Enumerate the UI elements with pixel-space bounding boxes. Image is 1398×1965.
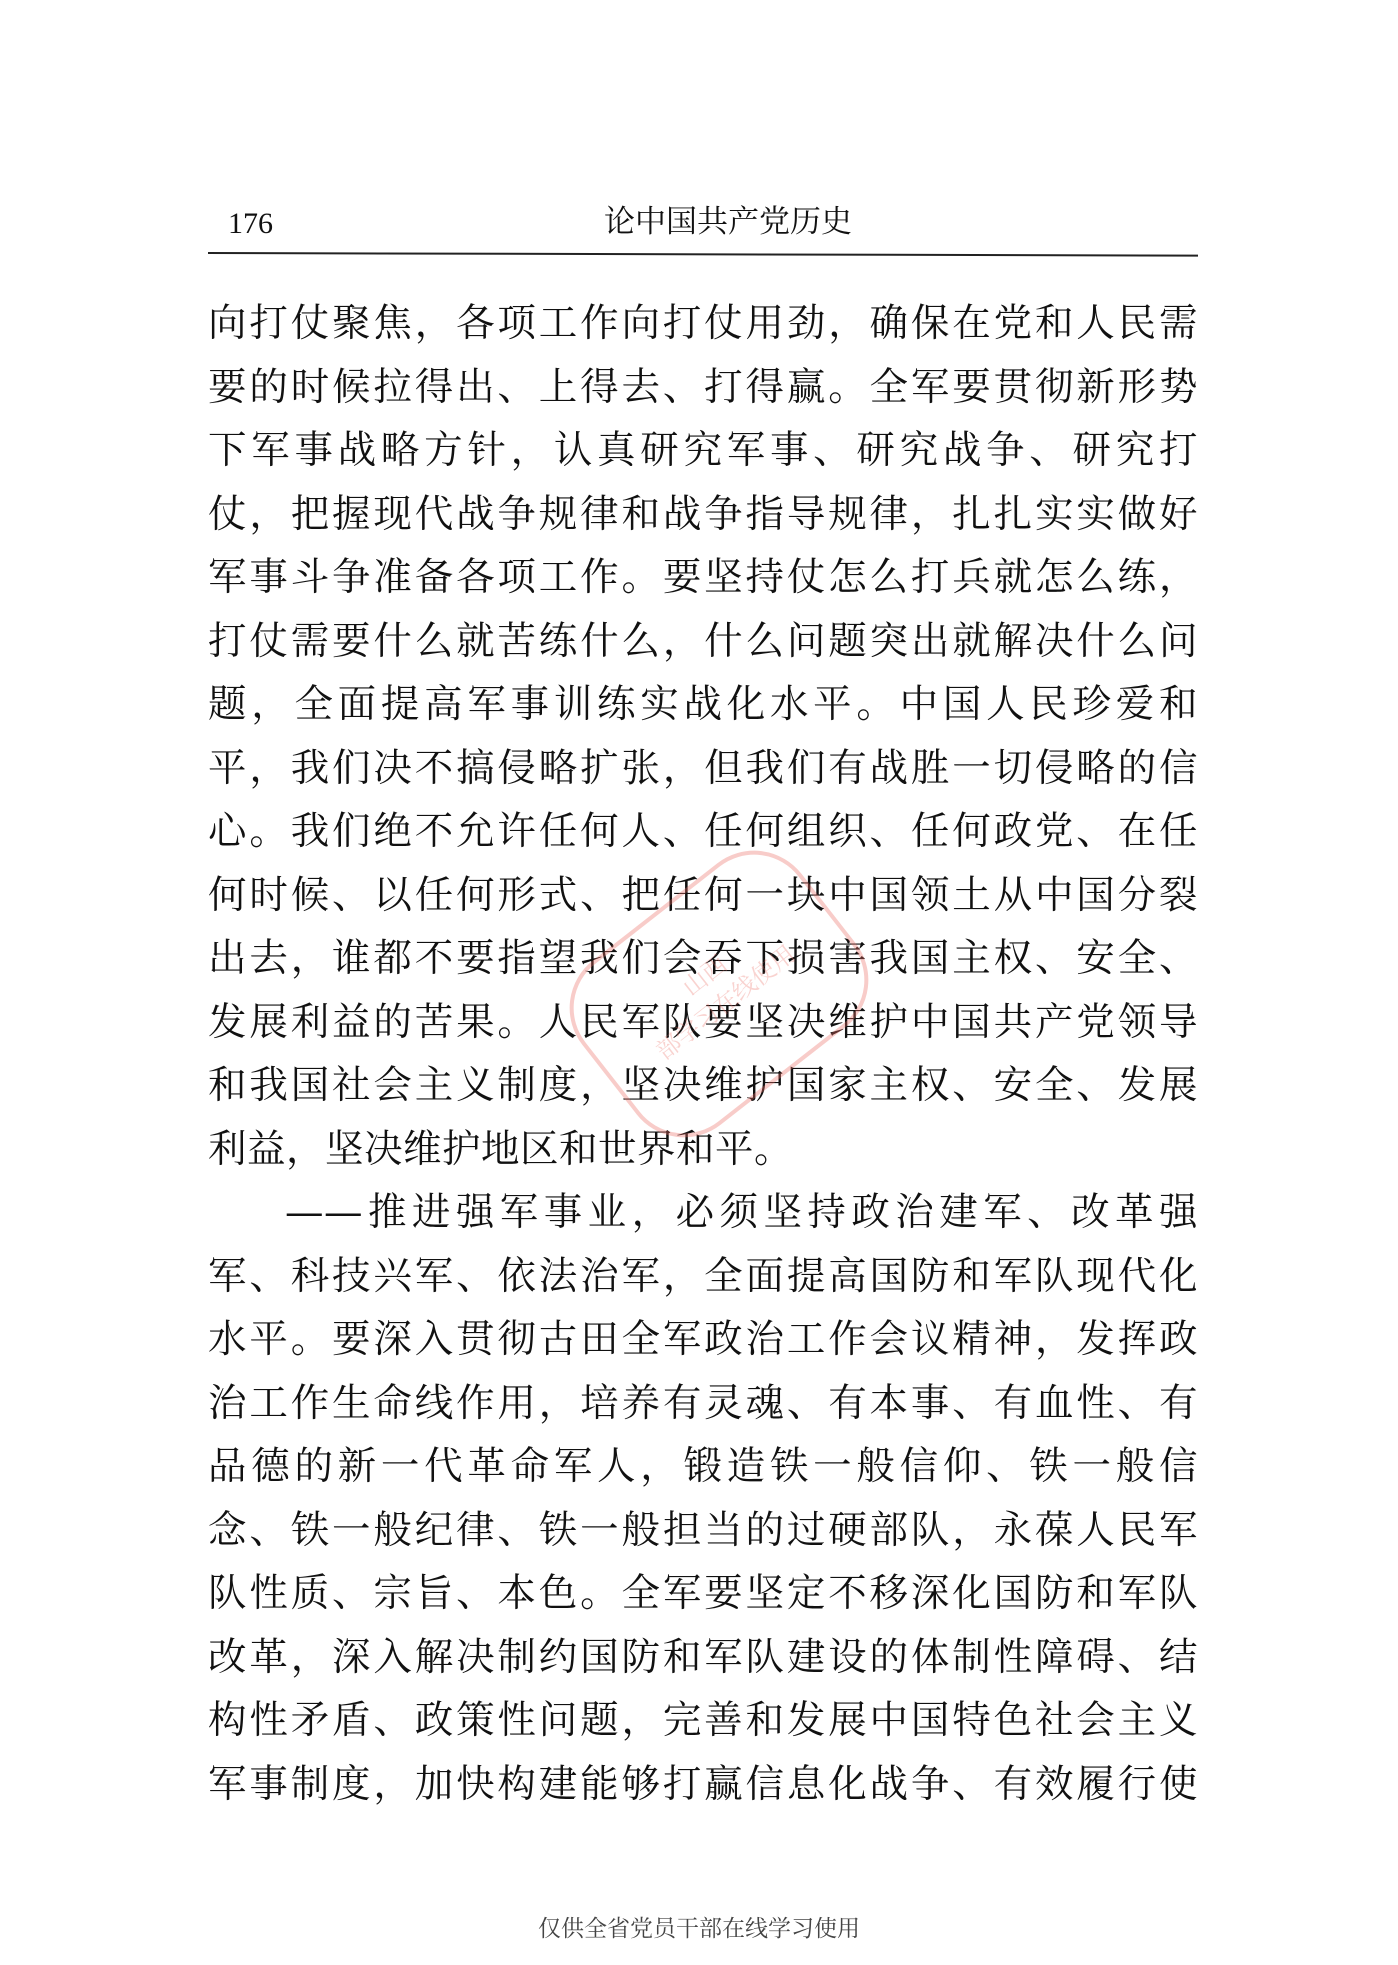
text-line: 下军事战略方针，认真研究军事、研究战争、研究打: [208, 419, 1198, 483]
paragraph-start-line: ——推进强军事业，必须坚持政治建军、改革强: [208, 1181, 1198, 1245]
page-header: 176 论中国共产党历史: [208, 202, 1198, 252]
text-line: 军事斗争准备各项工作。要坚持仗怎么打兵就怎么练，: [208, 546, 1198, 610]
text-line: 队性质、宗旨、本色。全军要坚定不移深化国防和军队: [208, 1562, 1198, 1626]
text-line: 念、铁一般纪律、铁一般担当的过硬部队，永葆人民军: [208, 1499, 1198, 1563]
text-line: 军事制度，加快构建能够打赢信息化战争、有效履行使: [208, 1753, 1198, 1817]
text-line: 打仗需要什么就苦练什么，什么问题突出就解决什么问: [208, 610, 1198, 674]
text-line: 平，我们决不搞侵略扩张，但我们有战胜一切侵略的信: [208, 737, 1198, 801]
text-line: 品德的新一代革命军人，锻造铁一般信仰、铁一般信: [208, 1435, 1198, 1499]
text-line: 治工作生命线作用，培养有灵魂、有本事、有血性、有: [208, 1372, 1198, 1436]
text-line: 构性矛盾、政策性问题，完善和发展中国特色社会主义: [208, 1689, 1198, 1753]
text-line: 仗，把握现代战争规律和战争指导规律，扎扎实实做好: [208, 483, 1198, 547]
text-line: 出去，谁都不要指望我们会吞下损害我国主权、安全、: [208, 927, 1198, 991]
footer-usage-note: 仅供全省党员干部在线学习使用: [0, 1914, 1398, 1944]
text-line: 向打仗聚焦，各项工作向打仗用劲，确保在党和人民需: [208, 292, 1198, 356]
text-line: 题，全面提高军事训练实战化水平。中国人民珍爱和: [208, 673, 1198, 737]
page-number: 176: [228, 204, 273, 244]
text-line: 发展利益的苦果。人民军队要坚决维护中国共产党领导: [208, 991, 1198, 1055]
text-line: 水平。要深入贯彻古田全军政治工作会议精神，发挥政: [208, 1308, 1198, 1372]
text-line: 和我国社会主义制度，坚决维护国家主权、安全、发展: [208, 1054, 1198, 1118]
header-divider: [208, 252, 1198, 257]
text-line: 改革，深入解决制约国防和军队建设的体制性障碍、结: [208, 1626, 1198, 1690]
running-title: 论中国共产党历史: [578, 202, 878, 242]
text-line: 军、科技兴军、依法治军，全面提高国防和军队现代化: [208, 1245, 1198, 1309]
text-line: 心。我们绝不允许任何人、任何组织、任何政党、在任: [208, 800, 1198, 864]
text-line: 要的时候拉得出、上得去、打得赢。全军要贯彻新形势: [208, 356, 1198, 420]
text-line: 何时候、以任何形式、把任何一块中国领土从中国分裂: [208, 864, 1198, 928]
paragraph-end-line: 利益，坚决维护地区和世界和平。: [208, 1118, 1198, 1182]
body-text: 向打仗聚焦，各项工作向打仗用劲，确保在党和人民需 要的时候拉得出、上得去、打得赢…: [208, 292, 1198, 1816]
